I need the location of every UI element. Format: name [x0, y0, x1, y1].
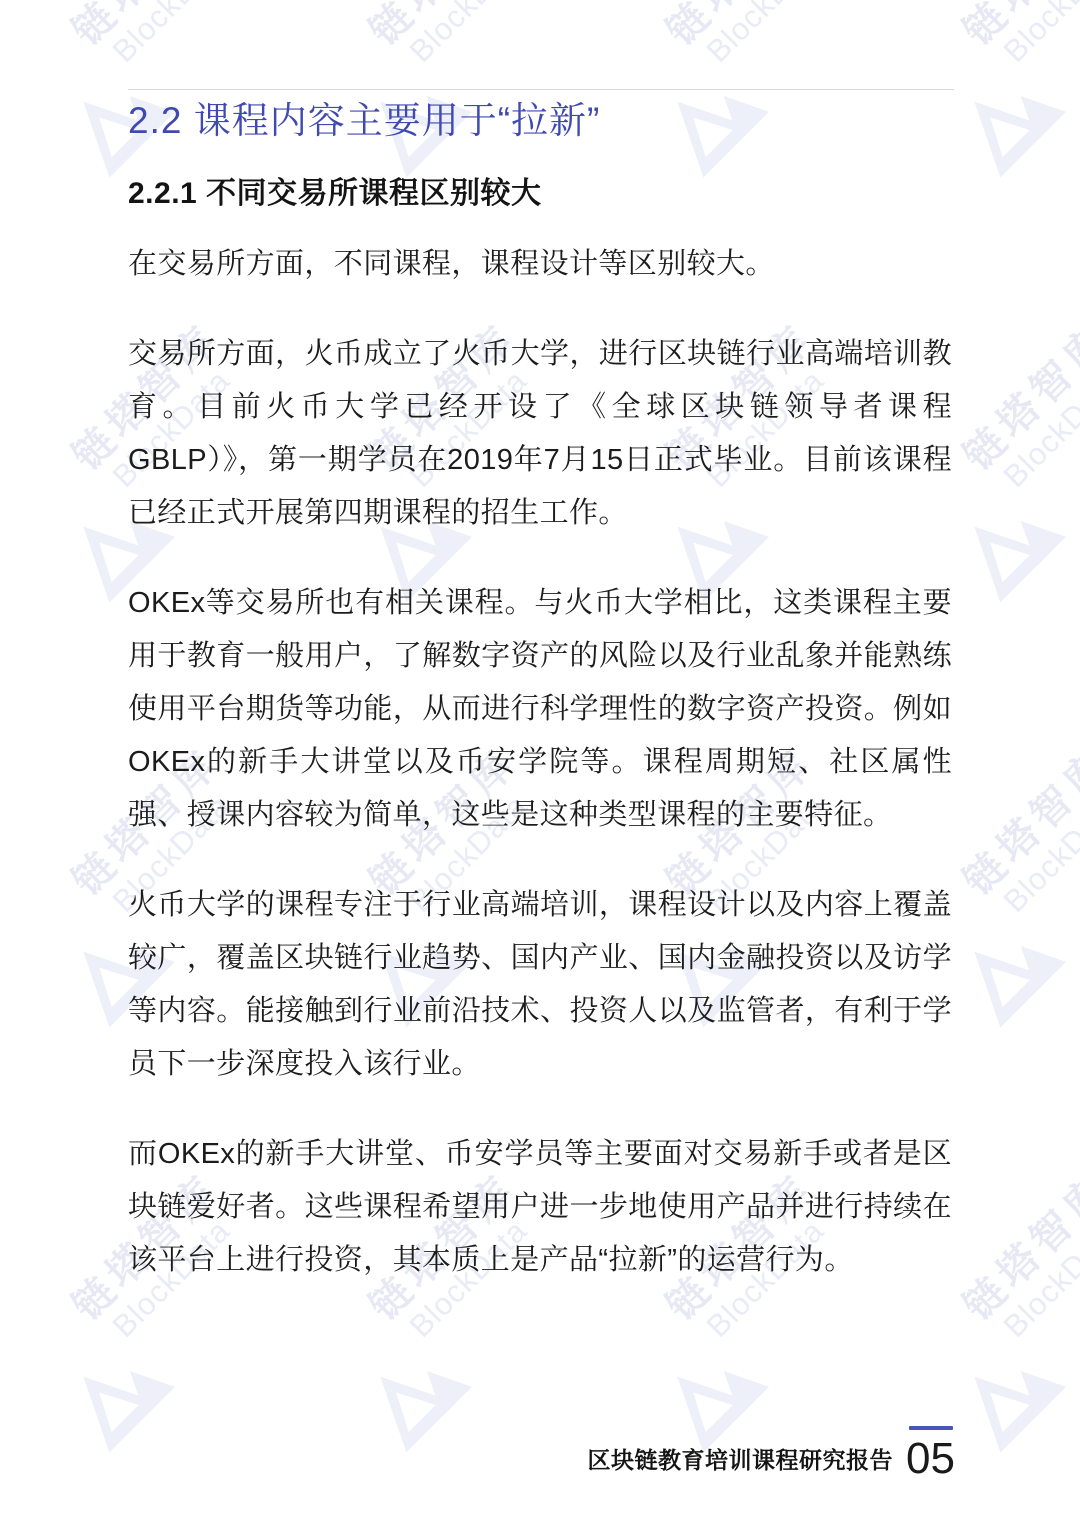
- body-paragraphs: 在交易所方面，不同课程，课程设计等区别较大。 交易所方面，火币成立了火币大学，进…: [128, 238, 952, 1287]
- page-footer: 区块链教育培训课程研究报告 05: [588, 1426, 955, 1483]
- body-paragraph: 而OKEx的新手大讲堂、币安学员等主要面对交易新手或者是区块链爱好者。这些课程希…: [128, 1128, 952, 1287]
- watermark-text-en: BlockData: [997, 363, 1080, 495]
- page-number: 05: [906, 1435, 955, 1483]
- blockdata-logo-icon: [933, 1321, 1080, 1468]
- body-paragraph: 在交易所方面，不同课程，课程设计等区别较大。: [128, 238, 952, 291]
- watermark-text-en: BlockData: [997, 788, 1080, 920]
- section-heading: 2.2 课程内容主要用于“拉新”: [128, 96, 952, 146]
- blockdata-logo-icon: [933, 896, 1080, 1043]
- footer-report-title: 区块链教育培训课程研究报告: [588, 1426, 894, 1475]
- blockdata-logo-icon: [933, 471, 1080, 618]
- watermark-text-cn: 链塔智库: [949, 1158, 1080, 1331]
- subsection-heading: 2.2.1 不同交易所课程区别较大: [128, 174, 952, 214]
- body-paragraph: 火币大学的课程专注于行业高端培训，课程设计以及内容上覆盖较广，覆盖区块链行业趋势…: [128, 879, 952, 1091]
- watermark-text-cn: 链塔智库: [949, 0, 1080, 56]
- report-page-content: 2.2 课程内容主要用于“拉新” 2.2.1 不同交易所课程区别较大 在交易所方…: [128, 0, 952, 1324]
- body-paragraph: OKEx等交易所也有相关课程。与火币大学相比，这类课程主要用于教育一般用户，了解…: [128, 577, 952, 842]
- watermark-text-en: BlockData: [997, 0, 1080, 70]
- blockdata-logo-icon: [42, 1321, 189, 1468]
- watermark-text-cn: 链塔智库: [949, 308, 1080, 481]
- watermark-text-cn: 链塔智库: [949, 733, 1080, 906]
- blockdata-logo-icon: [339, 1321, 486, 1468]
- page-number-bar: [909, 1426, 953, 1430]
- body-paragraph: 交易所方面，火币成立了火币大学，进行区块链行业高端培训教育。目前火币大学已经开设…: [128, 328, 952, 540]
- page-number-block: 05: [906, 1426, 955, 1483]
- blockdata-logo-icon: [933, 46, 1080, 193]
- watermark-text-en: BlockData: [997, 1213, 1080, 1345]
